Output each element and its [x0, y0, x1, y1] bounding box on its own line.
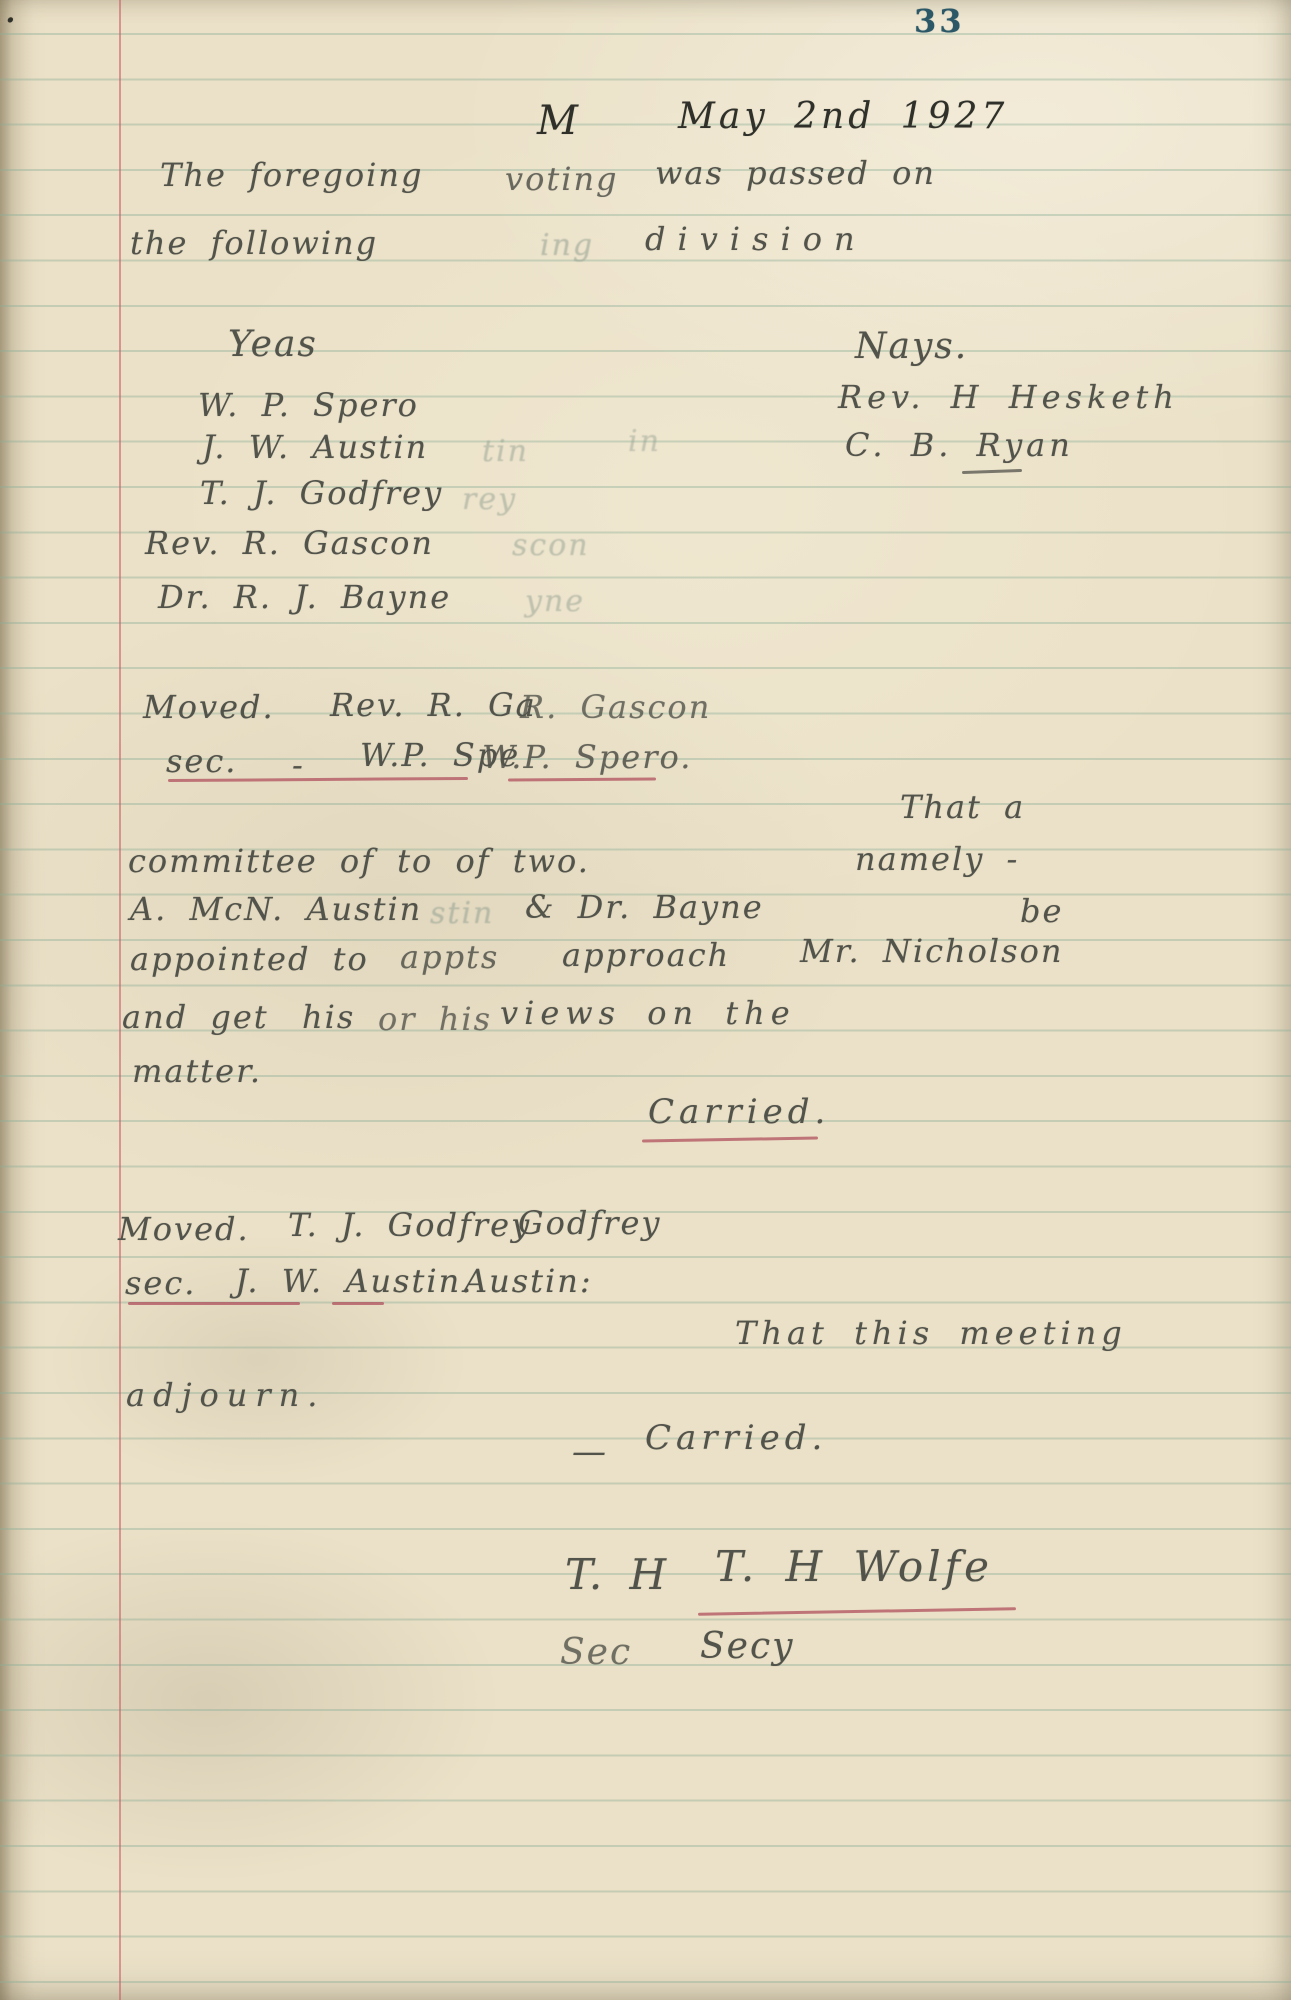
motion1-body-line4-c: views on the: [500, 994, 796, 1032]
para1-line1-b: voting: [505, 160, 619, 198]
motion1-body-line4-a: and get: [122, 998, 269, 1036]
motion2-carried: Carried.: [645, 1418, 827, 1458]
yea-name-5-ghost: yne: [525, 584, 585, 619]
para1-line2-a: the following: [130, 224, 378, 262]
yea-name-5: Dr. R. J. Bayne: [158, 578, 451, 616]
nay-name-2: C. B. Ryan: [845, 426, 1074, 464]
motion2-seconder: J. W. Austin.: [235, 1262, 473, 1300]
underline-ryan: [962, 469, 1022, 474]
motion2-sec: sec.: [125, 1264, 196, 1302]
yea-name-4-ghost: scon: [512, 528, 590, 563]
yea-name-3-ghost: rey: [462, 482, 517, 517]
underline-carried1: [642, 1136, 818, 1142]
motion1-body-line3-c: approach: [562, 936, 730, 974]
motion1-body-line2-c: be: [1020, 892, 1063, 930]
motion1-carried: Carried.: [648, 1092, 830, 1132]
motion1-body-line4-ghost: or his: [378, 1000, 492, 1038]
para1-line1-c: was passed on: [655, 154, 936, 192]
motion1-mover: Rev. R. Ga: [330, 686, 537, 724]
motion2-that: That this meeting: [735, 1314, 1127, 1352]
motion1-seconder-double: W.P. Spero.: [482, 738, 692, 776]
minute-book-page: 33 .MMay 2nd 1927The foregoingvotingwas …: [0, 0, 1291, 2000]
motion1-moved: Moved.: [143, 688, 275, 726]
underline-sec1-b: [508, 777, 656, 781]
motion1-body-line2-a: A. McN. Austin: [130, 890, 422, 928]
signature-title: Secy: [700, 1626, 794, 1667]
motion1-body-line3-d: Mr. Nicholson: [800, 932, 1063, 970]
motion1-body-line1-b: namely -: [855, 840, 1019, 878]
corner-dot: .: [4, 0, 19, 32]
motion1-sec: sec.: [166, 742, 237, 780]
nay-name-1: Rev. H Hesketh: [838, 378, 1179, 416]
motion2-moved: Moved.: [118, 1210, 250, 1248]
motion2-mover: T. J. Godfrey: [288, 1206, 531, 1244]
yea-name-4: Rev. R. Gascon: [145, 524, 434, 562]
motion1-body-line3-b: appts: [400, 938, 499, 976]
motion1-mover-double: R. Gascon: [520, 688, 711, 726]
underline-signature: [698, 1607, 1016, 1616]
signature-false-start: T. H: [565, 1550, 668, 1599]
para1-line2-ghost: ing: [540, 228, 594, 263]
motion2-mover-double: Godfrey: [518, 1204, 661, 1242]
heading-date: May 2nd 1927: [678, 96, 1008, 137]
motion1-body-line5: matter.: [132, 1052, 262, 1090]
motion1-body-line3-a: appointed to: [130, 940, 369, 978]
signature-title-ghost: Sec: [560, 1632, 632, 1673]
yea-name-1: W. P. Spero: [198, 386, 419, 424]
motion1-body-line4-b: his: [302, 998, 355, 1036]
text-layer: .MMay 2nd 1927The foregoingvotingwas pas…: [0, 0, 1291, 2000]
underline-sec2-b: [332, 1302, 384, 1305]
heading-false-start: M: [537, 98, 580, 144]
motion2-carried-flourish: —: [572, 1432, 608, 1472]
signature-name: T. H Wolfe: [715, 1542, 993, 1591]
motion2-seconder-double: Austin:: [464, 1262, 593, 1300]
yea-name-2-ghost: tin: [482, 434, 529, 469]
yea-name-2: J. W. Austin: [202, 428, 428, 466]
nays-header: Nays.: [855, 326, 968, 367]
motion1-body-line1-a: committee of to of two.: [128, 842, 590, 880]
yeas-header: Yeas: [228, 324, 318, 365]
underline-sec2-a: [128, 1302, 300, 1305]
nay-row-ghost: in: [628, 424, 661, 459]
motion1-body-line2-ghost: stin: [430, 896, 494, 931]
yea-name-3: T. J. Godfrey: [200, 474, 443, 512]
para1-line1-a: The foregoing: [160, 156, 423, 194]
para1-line2-b: division: [645, 220, 867, 258]
motion1-body-line2-b: & Dr. Bayne: [525, 888, 764, 926]
motion1-that-a: That a: [900, 788, 1025, 826]
motion2-adjourn: adjourn.: [126, 1376, 325, 1414]
